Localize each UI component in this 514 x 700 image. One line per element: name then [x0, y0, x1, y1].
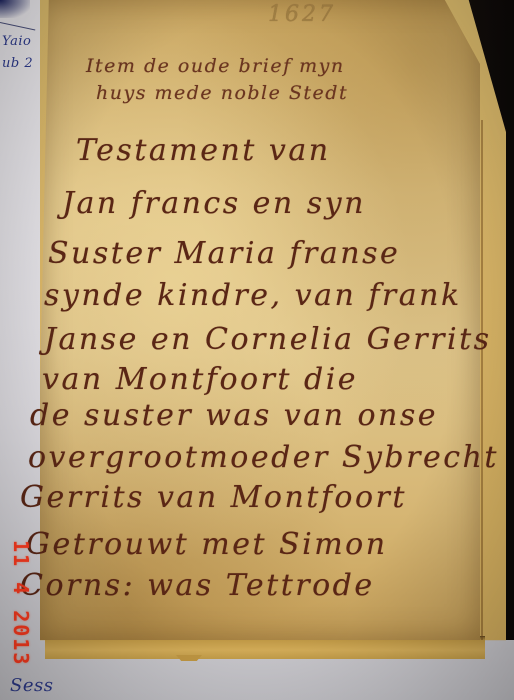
- header-line-2: huys mede noble Stedt: [96, 82, 348, 104]
- body-line-2: Jan francs en syn: [62, 186, 366, 221]
- parchment-fold-edge: [481, 120, 483, 640]
- corner-shadow: [0, 0, 30, 18]
- margin-note-line-2: ub 2: [2, 56, 33, 71]
- body-line-9: Gerrits van Montfoort: [20, 480, 407, 515]
- body-line-3: Suster Maria franse: [48, 236, 400, 271]
- body-line-11: Corns: was Tettrode: [20, 568, 375, 603]
- body-line-8: overgrootmoeder Sybrecht: [28, 440, 499, 475]
- margin-note-line-1: Yaio: [2, 34, 31, 49]
- body-line-7: de suster was van onse: [30, 398, 438, 433]
- date-stamp-text: 11 4 2013: [9, 540, 33, 666]
- body-line-10: Getrouwt met Simon: [26, 527, 388, 562]
- body-line-4: synde kindre, van frank: [44, 278, 462, 313]
- document-year: 1627: [268, 2, 336, 27]
- body-line-1: Testament van: [76, 133, 331, 168]
- camera-date-stamp: 11 4 2013: [8, 540, 34, 690]
- header-line-1: Item de oude brief myn: [86, 55, 345, 77]
- body-line-6: van Montfoort die: [42, 362, 358, 397]
- body-line-5: Janse en Cornelia Gerrits: [44, 322, 492, 357]
